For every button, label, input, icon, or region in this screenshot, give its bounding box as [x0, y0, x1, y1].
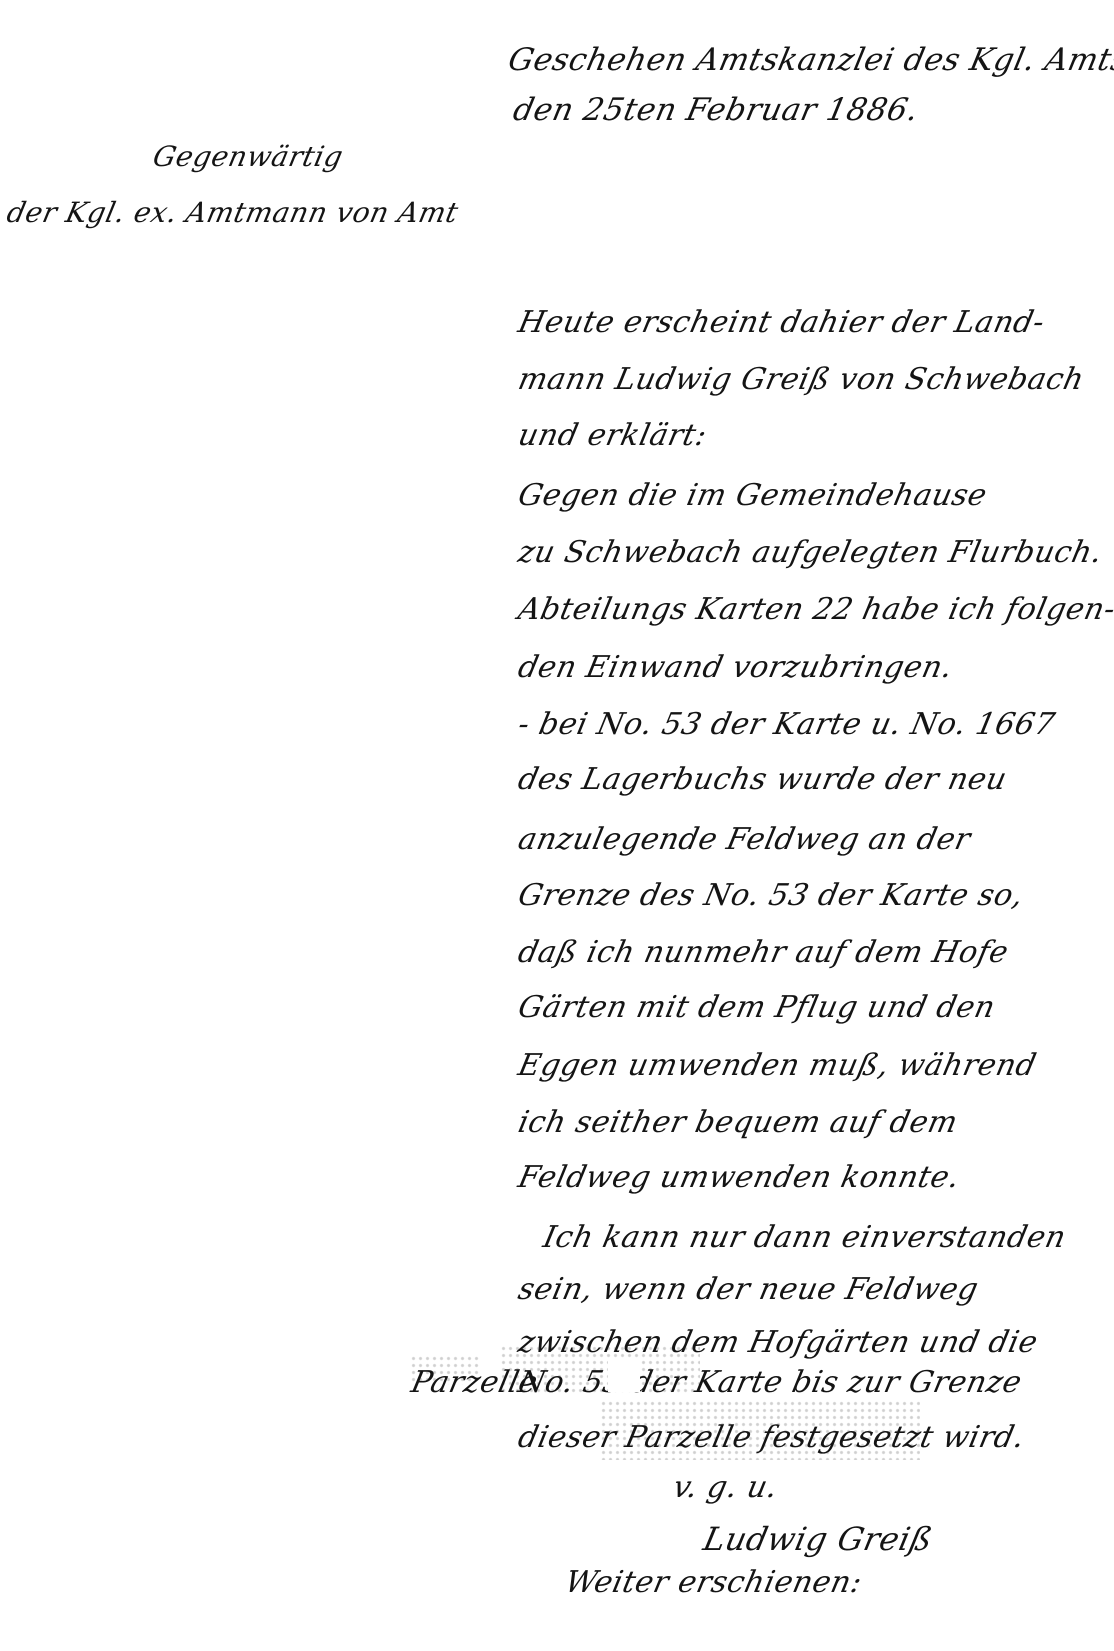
body-line: zu Schwebach aufgelegten Flurbuch.: [515, 535, 1106, 570]
erased-patch: [608, 1360, 640, 1392]
continued-line-1: No. 53 der Karte bis zur Grenze: [515, 1365, 1025, 1400]
body-line: daß ich nunmehr auf dem Hofe: [515, 935, 1012, 970]
body-line: ich seither bequem auf dem: [515, 1105, 961, 1140]
header-date-line: den 25ten Februar 1886.: [510, 92, 922, 128]
footer-line: Weiter erschienen:: [562, 1565, 865, 1600]
body-line: sein, wenn der neue Feldweg: [515, 1272, 982, 1307]
body-line: Gärten mit dem Pflug und den: [515, 990, 998, 1025]
margin-note-line-2: der Kgl. ex. Amtmann von Amt: [4, 196, 461, 229]
document-page: Geschehen Amtskanzlei des Kgl. Amts den …: [0, 0, 1114, 1651]
body-line: Feldweg umwenden konnte.: [515, 1160, 963, 1195]
body-line: Ich kann nur dann einverstanden: [540, 1220, 1069, 1255]
body-line: anzulegende Feldweg an der: [515, 822, 974, 857]
header-line-1: Geschehen Amtskanzlei des Kgl. Amts: [505, 42, 1114, 78]
body-line: mann Ludwig Greiß von Schwebach: [515, 362, 1087, 397]
body-line: - bei No. 53 der Karte u. No. 1667: [515, 707, 1058, 742]
body-line: Grenze des No. 53 der Karte so,: [515, 878, 1027, 913]
margin-note-line-1: Gegenwärtig: [150, 140, 346, 173]
continued-line-2: dieser Parzelle festgesetzt wird.: [515, 1420, 1028, 1455]
closing-vgu: v. g. u.: [670, 1470, 781, 1505]
body-line: Eggen umwenden muß, während: [515, 1048, 1040, 1083]
signature: Ludwig Greiß: [700, 1520, 936, 1558]
body-line: und erklärt:: [515, 418, 710, 453]
body-line: des Lagerbuchs wurde der neu: [515, 762, 1010, 797]
body-line: den Einwand vorzubringen.: [515, 650, 956, 685]
body-line: Abteilungs Karten 22 habe ich folgen-: [515, 592, 1114, 627]
body-line: Gegen die im Gemeindehause: [515, 478, 990, 513]
body-line: Heute erscheint dahier der Land-: [515, 305, 1048, 340]
